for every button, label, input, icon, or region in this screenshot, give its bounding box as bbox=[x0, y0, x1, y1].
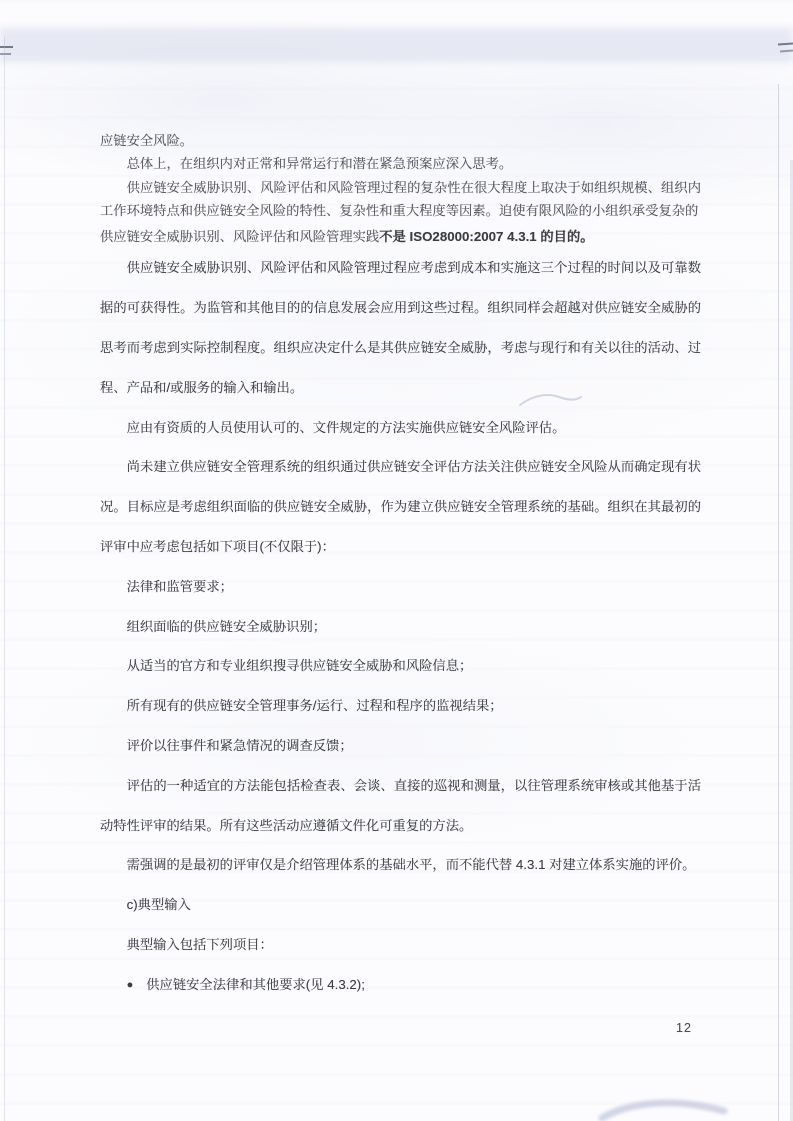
paragraph-qualified-personnel: 应由有资质的人员使用认可的、文件规定的方法实施供应链安全风险评估。 bbox=[100, 408, 701, 448]
scan-artifact-bottom-smudge bbox=[598, 1096, 728, 1121]
scan-artifact-left-tick bbox=[0, 46, 13, 48]
scan-artifact-right-edge-line bbox=[778, 84, 780, 1121]
bullet-list-item: ●供应链安全法律和其他要求(见 4.3.2); bbox=[100, 965, 701, 1006]
scanned-document-page: 应链安全风险。 总体上，在组织内对正常和异常运行和潜在紧急预案应深入思考。 供应… bbox=[0, 0, 793, 1121]
document-body-text: 应链安全风险。 总体上，在组织内对正常和异常运行和潜在紧急预案应深入思考。 供应… bbox=[100, 129, 701, 1006]
review-list-item: 评价以往事件和紧急情况的调查反馈； bbox=[100, 726, 701, 766]
paragraph-complexity: 供应链安全威胁识别、风险评估和风险管理过程的复杂性在很大程度上取决于如组织规模、… bbox=[100, 176, 701, 223]
paragraph-emphasis-note: 需强调的是最初的评审仅是介绍管理体系的基础水平，而不能代替 4.3.1 对建立体… bbox=[100, 845, 701, 885]
scan-artifact-top-band bbox=[0, 28, 793, 62]
paragraph-typical-input-intro: 典型输入包括下列项目： bbox=[100, 925, 701, 965]
section-heading-typical-input: c)典型输入 bbox=[100, 885, 701, 925]
paragraph-not-purpose-prefix: 供应链安全威胁识别、风险评估和风险管理实践 bbox=[100, 229, 379, 244]
review-list-item: 法律和监管要求； bbox=[100, 567, 701, 607]
paragraph-continuation: 应链安全风险。 bbox=[100, 129, 701, 152]
scan-artifact-left-edge-line bbox=[4, 36, 5, 1121]
paragraph-not-purpose: 供应链安全威胁识别、风险评估和风险管理实践不是 ISO28000:2007 4.… bbox=[100, 225, 701, 248]
bullet-item-text: 供应链安全法律和其他要求(见 4.3.2); bbox=[146, 977, 365, 992]
review-list-item: 所有现有的供应链安全管理事务/运行、过程和程序的监视结果； bbox=[100, 686, 701, 726]
paragraph-initial-review: 尚未建立供应链安全管理系统的组织通过供应链安全评估方法关注供应链安全风险从而确定… bbox=[100, 447, 701, 566]
paragraph-overall: 总体上，在组织内对正常和异常运行和潜在紧急预案应深入思考。 bbox=[100, 152, 701, 175]
paragraph-not-purpose-emphasis: 不是 ISO28000:2007 4.3.1 的目的。 bbox=[379, 229, 593, 244]
review-list-item: 组织面临的供应链安全威胁识别； bbox=[100, 607, 701, 647]
paragraph-assessment-methods: 评估的一种适宜的方法能包括检查表、会谈、直接的巡视和测量，以往管理系统审核或其他… bbox=[100, 766, 701, 846]
main-text-block: 供应链安全威胁识别、风险评估和风险管理过程应考虑到成本和实施这三个过程的时间以及… bbox=[100, 248, 701, 1005]
intro-text-block: 应链安全风险。 总体上，在组织内对正常和异常运行和潜在紧急预案应深入思考。 供应… bbox=[100, 129, 701, 248]
bullet-marker-icon: ● bbox=[127, 966, 134, 1006]
page-number: 12 bbox=[676, 1021, 692, 1035]
paragraph-cost: 供应链安全威胁识别、风险评估和风险管理过程应考虑到成本和实施这三个过程的时间以及… bbox=[100, 248, 701, 407]
scan-artifact-left-tick bbox=[0, 53, 11, 55]
review-list-item: 从适当的官方和专业组织搜寻供应链安全威胁和风险信息； bbox=[100, 646, 701, 686]
